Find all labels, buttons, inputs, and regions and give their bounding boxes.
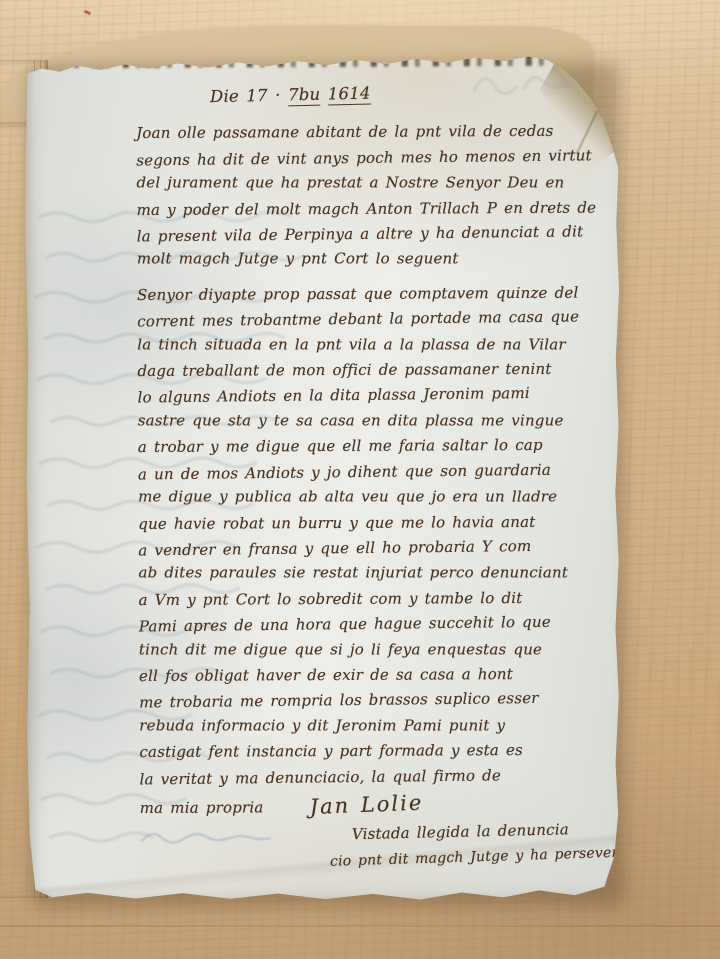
body-line: sastre que sta y te sa casa en dita plas… [138, 409, 622, 434]
date-heading: Die 17 · 7bu 1614 [210, 75, 620, 110]
body-line: a vendrer en fransa y que ell ho probari… [138, 533, 622, 564]
body-line: a trobar y me digue que ell me faria sal… [138, 433, 622, 461]
date-month: 7bu [288, 85, 321, 107]
date-year: 1614 [328, 84, 371, 106]
body-line: Pami apres de una hora que hague succehi… [139, 609, 623, 640]
body-line: segons ha dit de vint anys poch mes ho m… [136, 143, 620, 174]
body-line: corrent mes trobantme debant la portade … [137, 304, 621, 335]
body-line: la tinch situada en la pnt vila a la pla… [137, 332, 621, 357]
signature: Jan Lolie [309, 790, 424, 820]
body-line: castigat fent instancia y part formada y… [139, 738, 623, 766]
body-line: la present vila de Perpinya a altre y ha… [137, 219, 621, 250]
body-line: tinch dit me digue que si jo li feya enq… [139, 637, 623, 662]
body-line: a un de mos Andiots y jo dihent que son … [138, 457, 622, 488]
body-line: rebuda informacio y dit Jeronim Pami pun… [139, 713, 623, 738]
date-day: Die 17 · [210, 86, 281, 107]
body-line: ab dites paraules sie restat injuriat pe… [139, 561, 623, 586]
manuscript-page: Die 17 · 7bu 1614 Joan olle passamane ab… [24, 54, 622, 901]
body-line: molt magch Jutge y pnt Cort lo seguent [137, 247, 621, 272]
body-line: lo alguns Andiots en la dita plassa Jero… [137, 380, 621, 411]
body-line: del jurament que ha prestat a Nostre Sen… [136, 171, 620, 196]
certification-note: Vistada llegida la denuncia cio pnt dit … [140, 819, 624, 872]
body-line: me digue y publica ab alta veu que jo er… [138, 485, 622, 510]
closing-line: ma mia propria [140, 795, 264, 821]
body-line: la veritat y ma denunciacio, la qual fir… [139, 762, 623, 793]
body-line: me trobaria me rompria los brassos supli… [139, 685, 623, 716]
handwritten-text: Die 17 · 7bu 1614 Joan olle passamane ab… [136, 78, 624, 872]
table-plank-seam [0, 925, 720, 927]
body-line: que havie robat un burru y que me lo hav… [138, 509, 622, 537]
manuscript-photograph: Die 17 · 7bu 1614 Joan olle passamane ab… [0, 0, 720, 959]
body-line: Joan olle passamane abitant de la pnt vi… [136, 119, 620, 147]
